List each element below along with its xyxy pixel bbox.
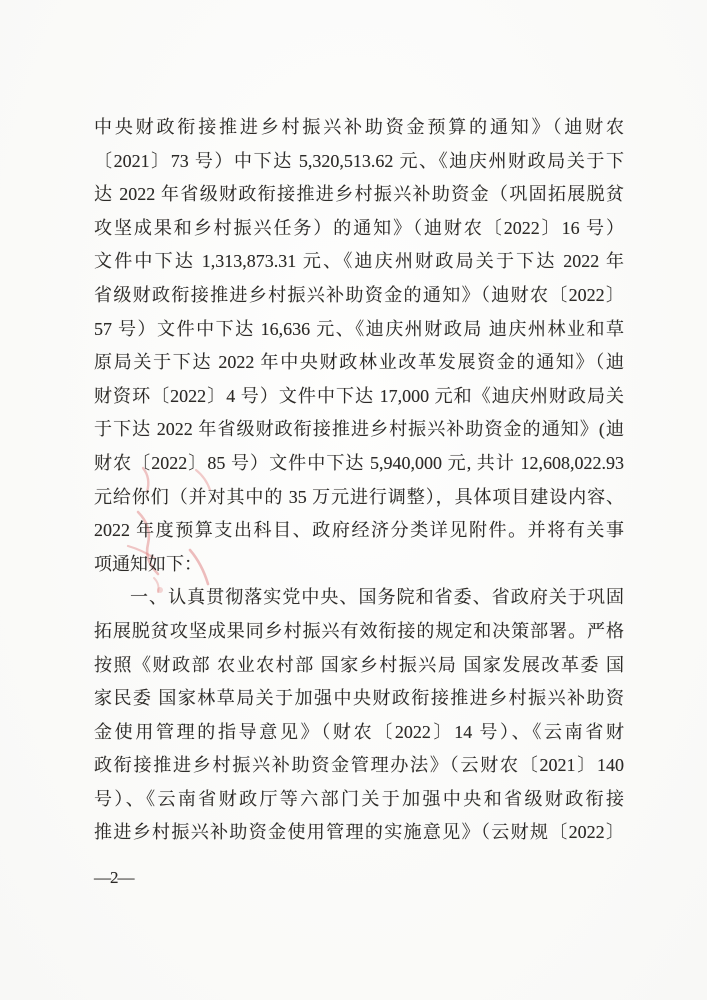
text-line: 财资环〔2022〕4 号）文件中下达 17,000 元和《迪庆州财政局关 xyxy=(94,380,624,414)
document-body-text: 中央财政衔接推进乡村振兴补助资金预算的通知》（迪财农 〔2021〕73 号）中下… xyxy=(94,111,624,850)
text-line: 攻坚成果和乡村振兴任务）的通知》（迪财农〔2022〕16 号） xyxy=(94,212,624,246)
document-page: 中央财政衔接推进乡村振兴补助资金预算的通知》（迪财农 〔2021〕73 号）中下… xyxy=(0,0,707,1000)
text-line: 文件中下达 1,313,873.31 元、《迪庆州财政局关于下达 2022 年 xyxy=(94,245,624,279)
text-line: 2022 年度预算支出科目、政府经济分类详见附件。并将有关事 xyxy=(94,514,624,548)
text-line: 达 2022 年省级财政衔接推进乡村振兴补助资金（巩固拓展脱贫 xyxy=(94,178,624,212)
text-line: 项通知如下： xyxy=(94,548,624,582)
text-line: 拓展脱贫攻坚成果同乡村振兴有效衔接的规定和决策部署。严格 xyxy=(94,615,624,649)
text-line: 省级财政衔接推进乡村振兴补助资金的通知》（迪财农〔2022〕 xyxy=(94,279,624,313)
text-line: 中央财政衔接推进乡村振兴补助资金预算的通知》（迪财农 xyxy=(94,111,624,145)
text-line: 元给你们（并对其中的 35 万元进行调整），具体项目建设内容、 xyxy=(94,481,624,515)
text-line: 家民委 国家林草局关于加强中央财政衔接推进乡村振兴补助资 xyxy=(94,682,624,716)
text-line: 推进乡村振兴补助资金使用管理的实施意见》（云财规〔2022〕 xyxy=(94,816,624,850)
text-line: 按照《财政部 农业农村部 国家乡村振兴局 国家发展改革委 国 xyxy=(94,649,624,683)
text-line: 财农〔2022〕85 号）文件中下达 5,940,000 元, 共计 12,60… xyxy=(94,447,624,481)
text-line: 57 号）文件中下达 16,636 元、《迪庆州财政局 迪庆州林业和草 xyxy=(94,313,624,347)
page-number: —2— xyxy=(94,866,134,890)
text-line: 号）、《云南省财政厅等六部门关于加强中央和省级财政衔接 xyxy=(94,783,624,817)
text-line: 于下达 2022 年省级财政衔接推进乡村振兴补助资金的通知》(迪 xyxy=(94,413,624,447)
text-line: 政衔接推进乡村振兴补助资金管理办法》（云财农〔2021〕140 xyxy=(94,749,624,783)
text-line: 一、认真贯彻落实党中央、国务院和省委、省政府关于巩固 xyxy=(94,581,624,615)
text-line: 〔2021〕73 号）中下达 5,320,513.62 元、《迪庆州财政局关于下 xyxy=(94,145,624,179)
text-line: 原局关于下达 2022 年中央财政林业改革发展资金的通知》（迪 xyxy=(94,346,624,380)
text-line: 金使用管理的指导意见》（财农〔2022〕14 号）、《云南省财 xyxy=(94,716,624,750)
